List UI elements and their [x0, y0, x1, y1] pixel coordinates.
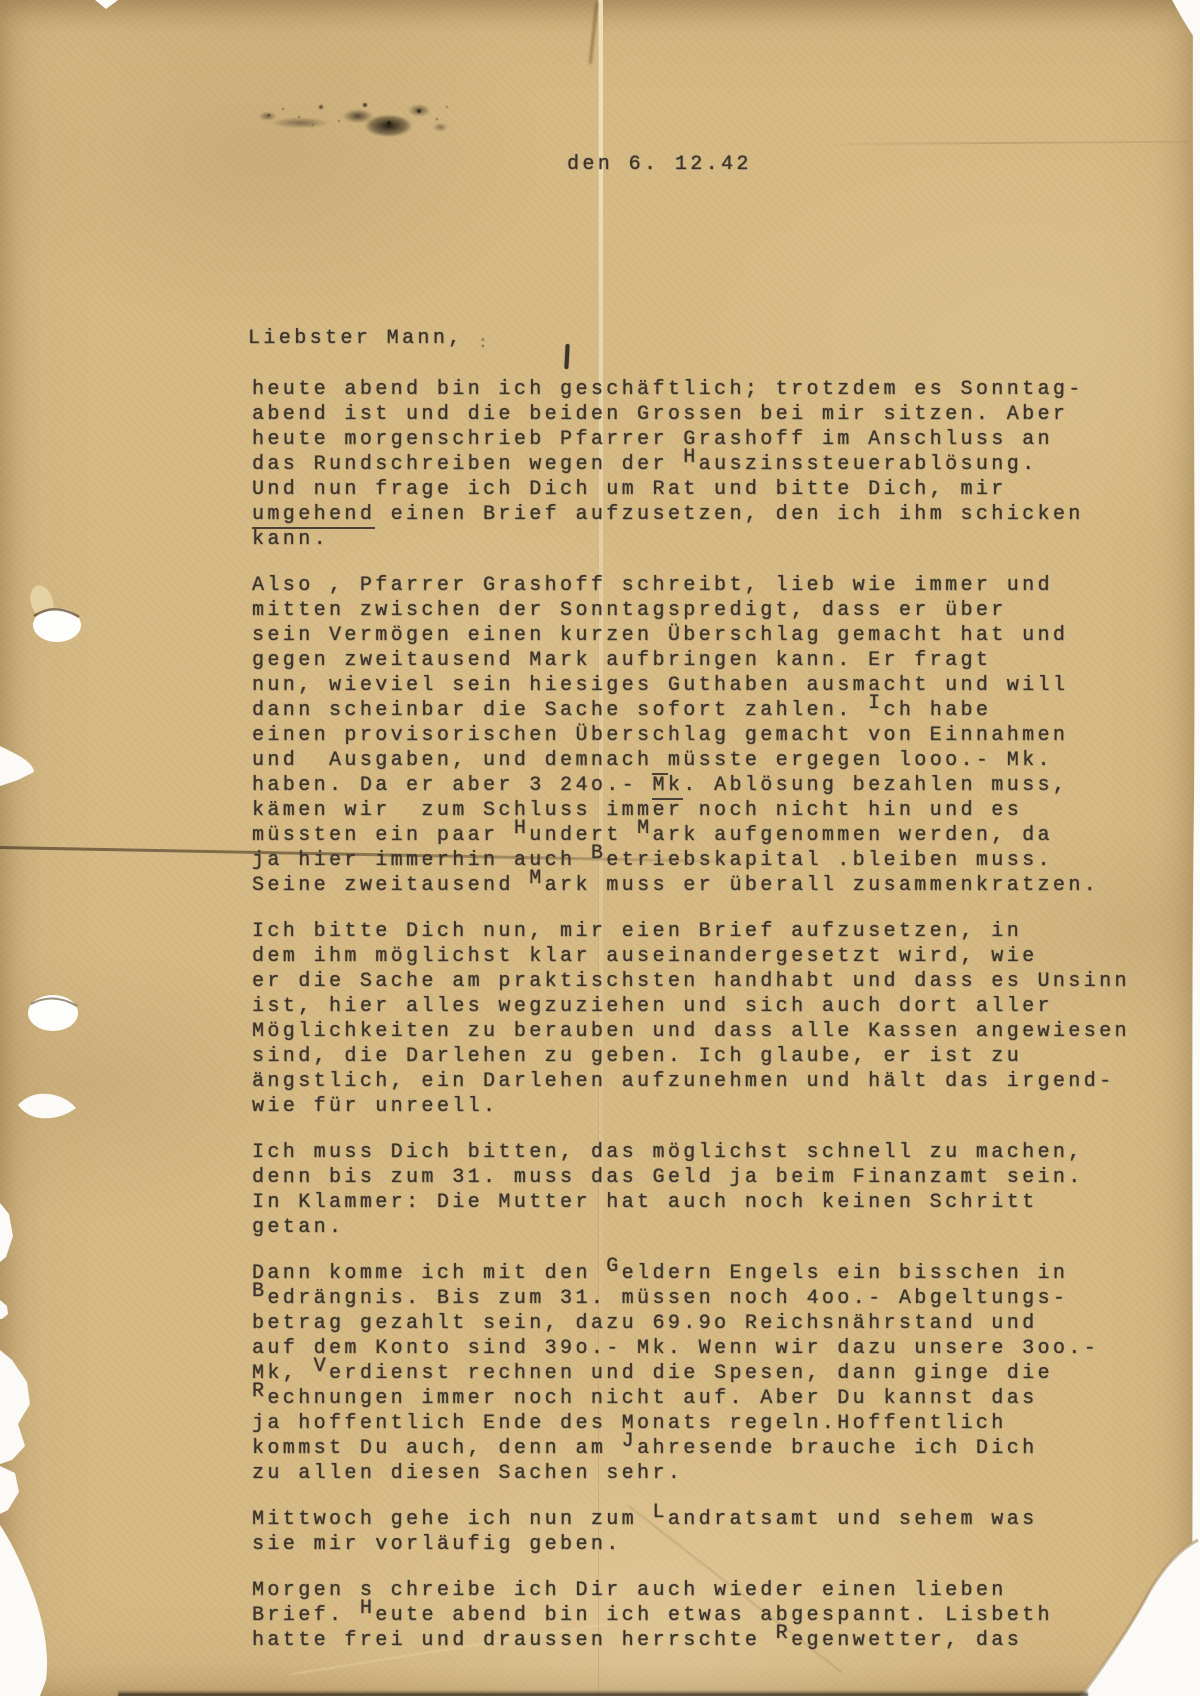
text-line: kommst Du auch, denn am Jahresende brauc…	[252, 1437, 1200, 1462]
text-line: Möglichkeiten zu berauben und dass alle …	[252, 1020, 1200, 1045]
stray-colon-mark: :	[478, 334, 488, 352]
text-line: In Klammer: Die Mutter hat auch noch kei…	[252, 1191, 1200, 1216]
text-line: Morgen s chreibe ich Dir auch wieder ein…	[252, 1579, 1200, 1604]
text-line: das Rundschreiben wegen der Hauszinssteu…	[252, 453, 1200, 478]
text-line: Ich bitte Dich nun, mir eien Brief aufzu…	[252, 920, 1200, 945]
text-line: Seine zweitausend Mark muss er überall z…	[252, 874, 1200, 899]
text-line: einen provisorischen Überschlag gemacht …	[252, 724, 1200, 749]
text-line: ist, hier alles wegzuziehen und sich auc…	[252, 995, 1200, 1020]
text-line: umgehend einen Brief aufzusetzen, den ic…	[252, 503, 1200, 528]
text-line: kämen wir zum Schluss immer noch nicht h…	[252, 799, 1200, 824]
text-line: sind, die Darlehen zu geben. Ich glaube,…	[252, 1045, 1200, 1070]
paragraph-7: Morgen s chreibe ich Dir auch wieder ein…	[252, 1579, 1200, 1654]
paragraph-5: Dann komme ich mit den Geldern Engels ei…	[252, 1262, 1200, 1487]
paragraph-3: Ich bitte Dich nun, mir eien Brief aufzu…	[252, 920, 1200, 1120]
text-line: Brief. Heute abend bin ich etwas abgespa…	[252, 1604, 1200, 1629]
paragraph-6: Mittwoch gehe ich nun zum Landratsamt un…	[252, 1508, 1200, 1558]
text-line: heute morgenschrieb Pfarrer Grashoff im …	[252, 428, 1200, 453]
text-line: ängstlich, ein Darlehen aufzunehmen und …	[252, 1070, 1200, 1095]
text-line: denn bis zum 31. muss das Geld ja beim F…	[252, 1166, 1200, 1191]
text-line: Dann komme ich mit den Geldern Engels ei…	[252, 1262, 1200, 1287]
text-line: Bedrängnis. Bis zum 31. müssen noch 4oo.…	[252, 1287, 1200, 1312]
text-line: müssten ein paar Hundert Mark aufgenomme…	[252, 824, 1200, 849]
text-line: mitten zwischen der Sonntagspredigt, das…	[252, 599, 1200, 624]
text-line: und Ausgaben, und demnach müsste ergegen…	[252, 749, 1200, 774]
letter-body: heute abend bin ich geschäftlich; trotzd…	[252, 378, 1200, 1675]
text-line: ja hoffentlich Ende des Monats regeln.Ho…	[252, 1412, 1200, 1437]
text-line: nun, wieviel sein hiesiges Guthaben ausm…	[252, 674, 1200, 699]
paragraph-2: Also , Pfarrer Grashoff schreibt, lieb w…	[252, 574, 1200, 899]
text-line: Also , Pfarrer Grashoff schreibt, lieb w…	[252, 574, 1200, 599]
ink-smudge	[258, 96, 450, 144]
text-line: haben. Da er aber 3 24o.- Mk. Ablösung b…	[252, 774, 1200, 799]
text-line: kann.	[252, 528, 1200, 553]
text-line: dann scheinbar die Sache sofort zahlen. …	[252, 699, 1200, 724]
text-line: getan.	[252, 1216, 1200, 1241]
paragraph-4: Ich muss Dich bitten, das möglichst schn…	[252, 1141, 1200, 1241]
text-line: Rechnungen immer noch nicht auf. Aber Du…	[252, 1387, 1200, 1412]
text-line: Mk, Verdienst rechnen und die Spesen, da…	[252, 1362, 1200, 1387]
text-line: heute abend bin ich geschäftlich; trotzd…	[252, 378, 1200, 403]
text-line: gegen zweitausend Mark aufbringen kann. …	[252, 649, 1200, 674]
text-line: sie mir vorläufig geben.	[252, 1533, 1200, 1558]
scan-edge-shadow	[118, 1690, 1088, 1696]
salutation: Liebster Mann,	[248, 327, 464, 350]
paragraph-1: heute abend bin ich geschäftlich; trotzd…	[252, 378, 1200, 553]
text-line: sein Vermögen einen kurzen Überschlag ge…	[252, 624, 1200, 649]
text-line: ja hier immerhin auch Betriebskapital .b…	[252, 849, 1200, 874]
text-line: zu allen diesen Sachen sehr.	[252, 1462, 1200, 1487]
text-line: Und nun frage ich Dich um Rat und bitte …	[252, 478, 1200, 503]
text-line: hatte frei und draussen herrschte Regenw…	[252, 1629, 1200, 1654]
text-line: er die Sache am praktischsten handhabt u…	[252, 970, 1200, 995]
scanned-letter: den 6. 12.42 Liebster Mann, : heute aben…	[0, 0, 1200, 1696]
letter-date: den 6. 12.42	[567, 153, 752, 176]
text-line: Ich muss Dich bitten, das möglichst schn…	[252, 1141, 1200, 1166]
text-line: betrag gezahlt sein, dazu 69.9o Reichsnä…	[252, 1312, 1200, 1337]
text-line: Mittwoch gehe ich nun zum Landratsamt un…	[252, 1508, 1200, 1533]
text-line: wie für unreell.	[252, 1095, 1200, 1120]
text-line: abend ist und die beiden Grossen bei mir…	[252, 403, 1200, 428]
text-line: auf dem Konto sind 39o.- Mk. Wenn wir da…	[252, 1337, 1200, 1362]
text-line: dem ihm möglichst klar auseinandergesetz…	[252, 945, 1200, 970]
